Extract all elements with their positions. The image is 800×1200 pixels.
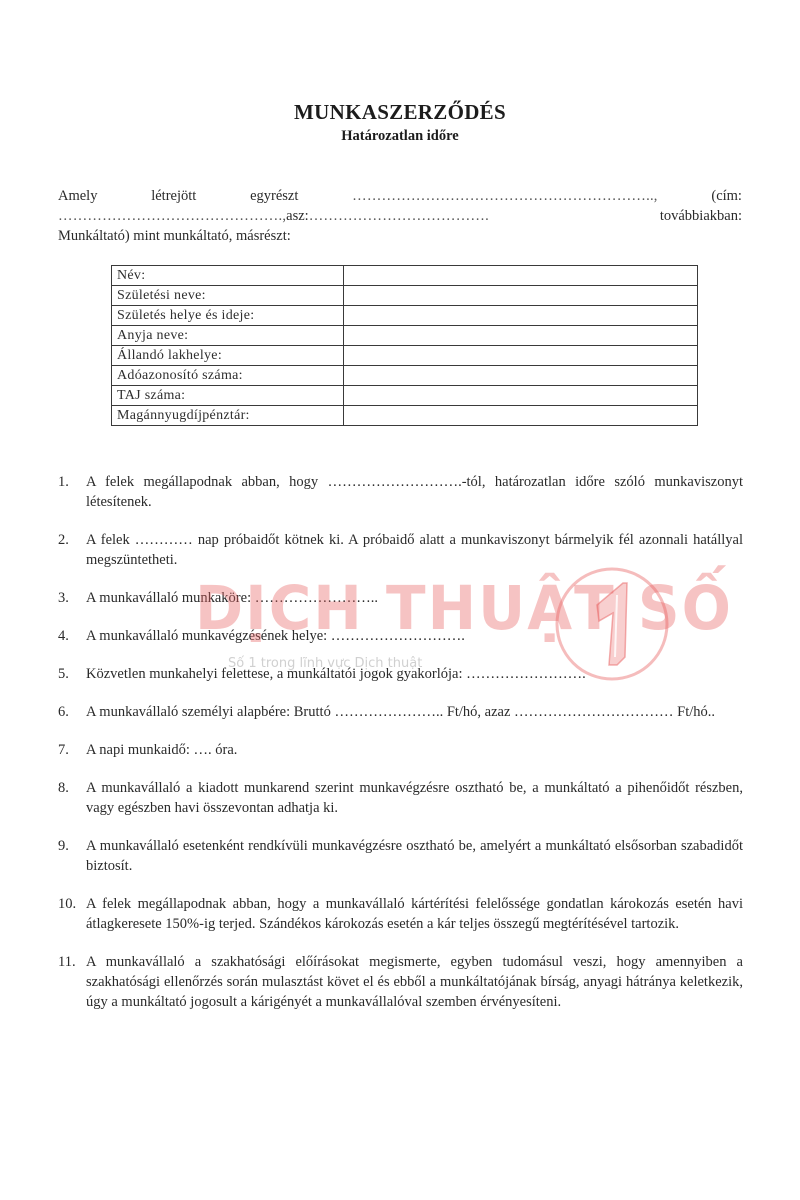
clause-item: 8.A munkavállaló a kiadott munkarend sze… — [58, 778, 743, 818]
clause-item: 5.Közvetlen munkahelyi felettese, a munk… — [58, 664, 743, 684]
table-row: Adóazonosító száma: — [112, 366, 698, 386]
table-row: Állandó lakhelye: — [112, 346, 698, 366]
row-label: Születés helye és ideje: — [112, 306, 344, 326]
intro-line-2: ……………………………………….,asz:………………………………. továb… — [58, 206, 742, 226]
clause-item: 3.A munkavállaló munkaköre: …………………….. — [58, 588, 743, 608]
row-value-field[interactable] — [344, 386, 698, 406]
clause-text: A felek megállapodnak abban, hogy ………………… — [86, 474, 743, 510]
clause-number: 2. — [58, 530, 69, 550]
row-label: TAJ száma: — [112, 386, 344, 406]
document-title: MUNKASZERZŐDÉS — [0, 100, 800, 125]
clause-item: 9.A munkavállaló esetenként rendkívüli m… — [58, 836, 743, 876]
row-value-field[interactable] — [344, 306, 698, 326]
intro-word: (cím: — [711, 186, 742, 206]
intro-word: egyrészt — [250, 186, 298, 206]
row-value-field[interactable] — [344, 406, 698, 426]
clause-text: A felek ………… nap próbaidőt kötnek ki. A … — [86, 532, 743, 568]
document-subtitle: Határozatlan időre — [0, 128, 800, 145]
clause-text: A munkavállaló esetenként rendkívüli mun… — [86, 838, 743, 874]
clause-text: A munkavállaló munkaköre: …………………….. — [86, 590, 378, 606]
row-value-field[interactable] — [344, 326, 698, 346]
tax-number-blank[interactable]: ………………………………. — [309, 208, 489, 224]
tax-number-label: asz: — [286, 208, 309, 224]
clause-text: Közvetlen munkahelyi felettese, a munkál… — [86, 666, 586, 682]
clause-number: 7. — [58, 740, 69, 760]
table-row: Név: — [112, 266, 698, 286]
clause-number: 5. — [58, 664, 69, 684]
intro-line-3: Munkáltató) mint munkáltató, másrészt: — [58, 226, 742, 246]
clause-item: 7.A napi munkaidő: …. óra. — [58, 740, 743, 760]
row-value-field[interactable] — [344, 286, 698, 306]
clause-number: 11. — [58, 952, 76, 972]
row-label: Születési neve: — [112, 286, 344, 306]
clause-number: 1. — [58, 472, 69, 492]
clause-text: A munkavállaló a kiadott munkarend szeri… — [86, 780, 743, 816]
clause-number: 10. — [58, 894, 76, 914]
clause-item: 10.A felek megállapodnak abban, hogy a m… — [58, 894, 743, 934]
clause-item: 11.A munkavállaló a szakhatósági előírás… — [58, 952, 743, 1012]
row-value-field[interactable] — [344, 366, 698, 386]
table-row: Születési neve: — [112, 286, 698, 306]
employer-name-blank[interactable]: …………………………………………………….., — [352, 186, 657, 206]
employee-data-table: Név:Születési neve:Születés helye és ide… — [111, 265, 698, 426]
clause-item: 6.A munkavállaló személyi alapbére: Brut… — [58, 702, 743, 722]
clause-text: A felek megállapodnak abban, hogy a munk… — [86, 896, 743, 932]
intro-line-1: Amely létrejött egyrészt ………………………………………… — [58, 186, 742, 206]
row-label: Magánnyugdíjpénztár: — [112, 406, 344, 426]
clause-text: A munkavállaló munkavégzésének helye: ……… — [86, 628, 465, 644]
clause-item: 4.A munkavállaló munkavégzésének helye: … — [58, 626, 743, 646]
clause-item: 1.A felek megállapodnak abban, hogy …………… — [58, 472, 743, 512]
row-label: Név: — [112, 266, 344, 286]
clause-text: A munkavállaló személyi alapbére: Bruttó… — [86, 704, 715, 720]
intro-paragraph: Amely létrejött egyrészt ………………………………………… — [58, 186, 742, 246]
row-value-field[interactable] — [344, 346, 698, 366]
employer-address-blank[interactable]: ………………………………………., — [58, 208, 286, 224]
table-row: Születés helye és ideje: — [112, 306, 698, 326]
table-row: Anyja neve: — [112, 326, 698, 346]
clause-text: A munkavállaló a szakhatósági előírásoka… — [86, 954, 743, 1010]
table-row: TAJ száma: — [112, 386, 698, 406]
clause-item: 2.A felek ………… nap próbaidőt kötnek ki. … — [58, 530, 743, 570]
row-label: Anyja neve: — [112, 326, 344, 346]
intro-word: továbbiakban: — [660, 206, 742, 226]
row-value-field[interactable] — [344, 266, 698, 286]
intro-word: Amely — [58, 186, 97, 206]
intro-word: létrejött — [151, 186, 196, 206]
contract-clauses: 1.A felek megállapodnak abban, hogy …………… — [58, 472, 743, 1012]
document-page: MUNKASZERZŐDÉS Határozatlan időre Amely … — [0, 0, 800, 1200]
clause-number: 9. — [58, 836, 69, 856]
row-label: Állandó lakhelye: — [112, 346, 344, 366]
clause-number: 6. — [58, 702, 69, 722]
table-row: Magánnyugdíjpénztár: — [112, 406, 698, 426]
clause-number: 3. — [58, 588, 69, 608]
clause-text: A napi munkaidő: …. óra. — [86, 742, 237, 758]
row-label: Adóazonosító száma: — [112, 366, 344, 386]
clause-number: 8. — [58, 778, 69, 798]
clause-number: 4. — [58, 626, 69, 646]
